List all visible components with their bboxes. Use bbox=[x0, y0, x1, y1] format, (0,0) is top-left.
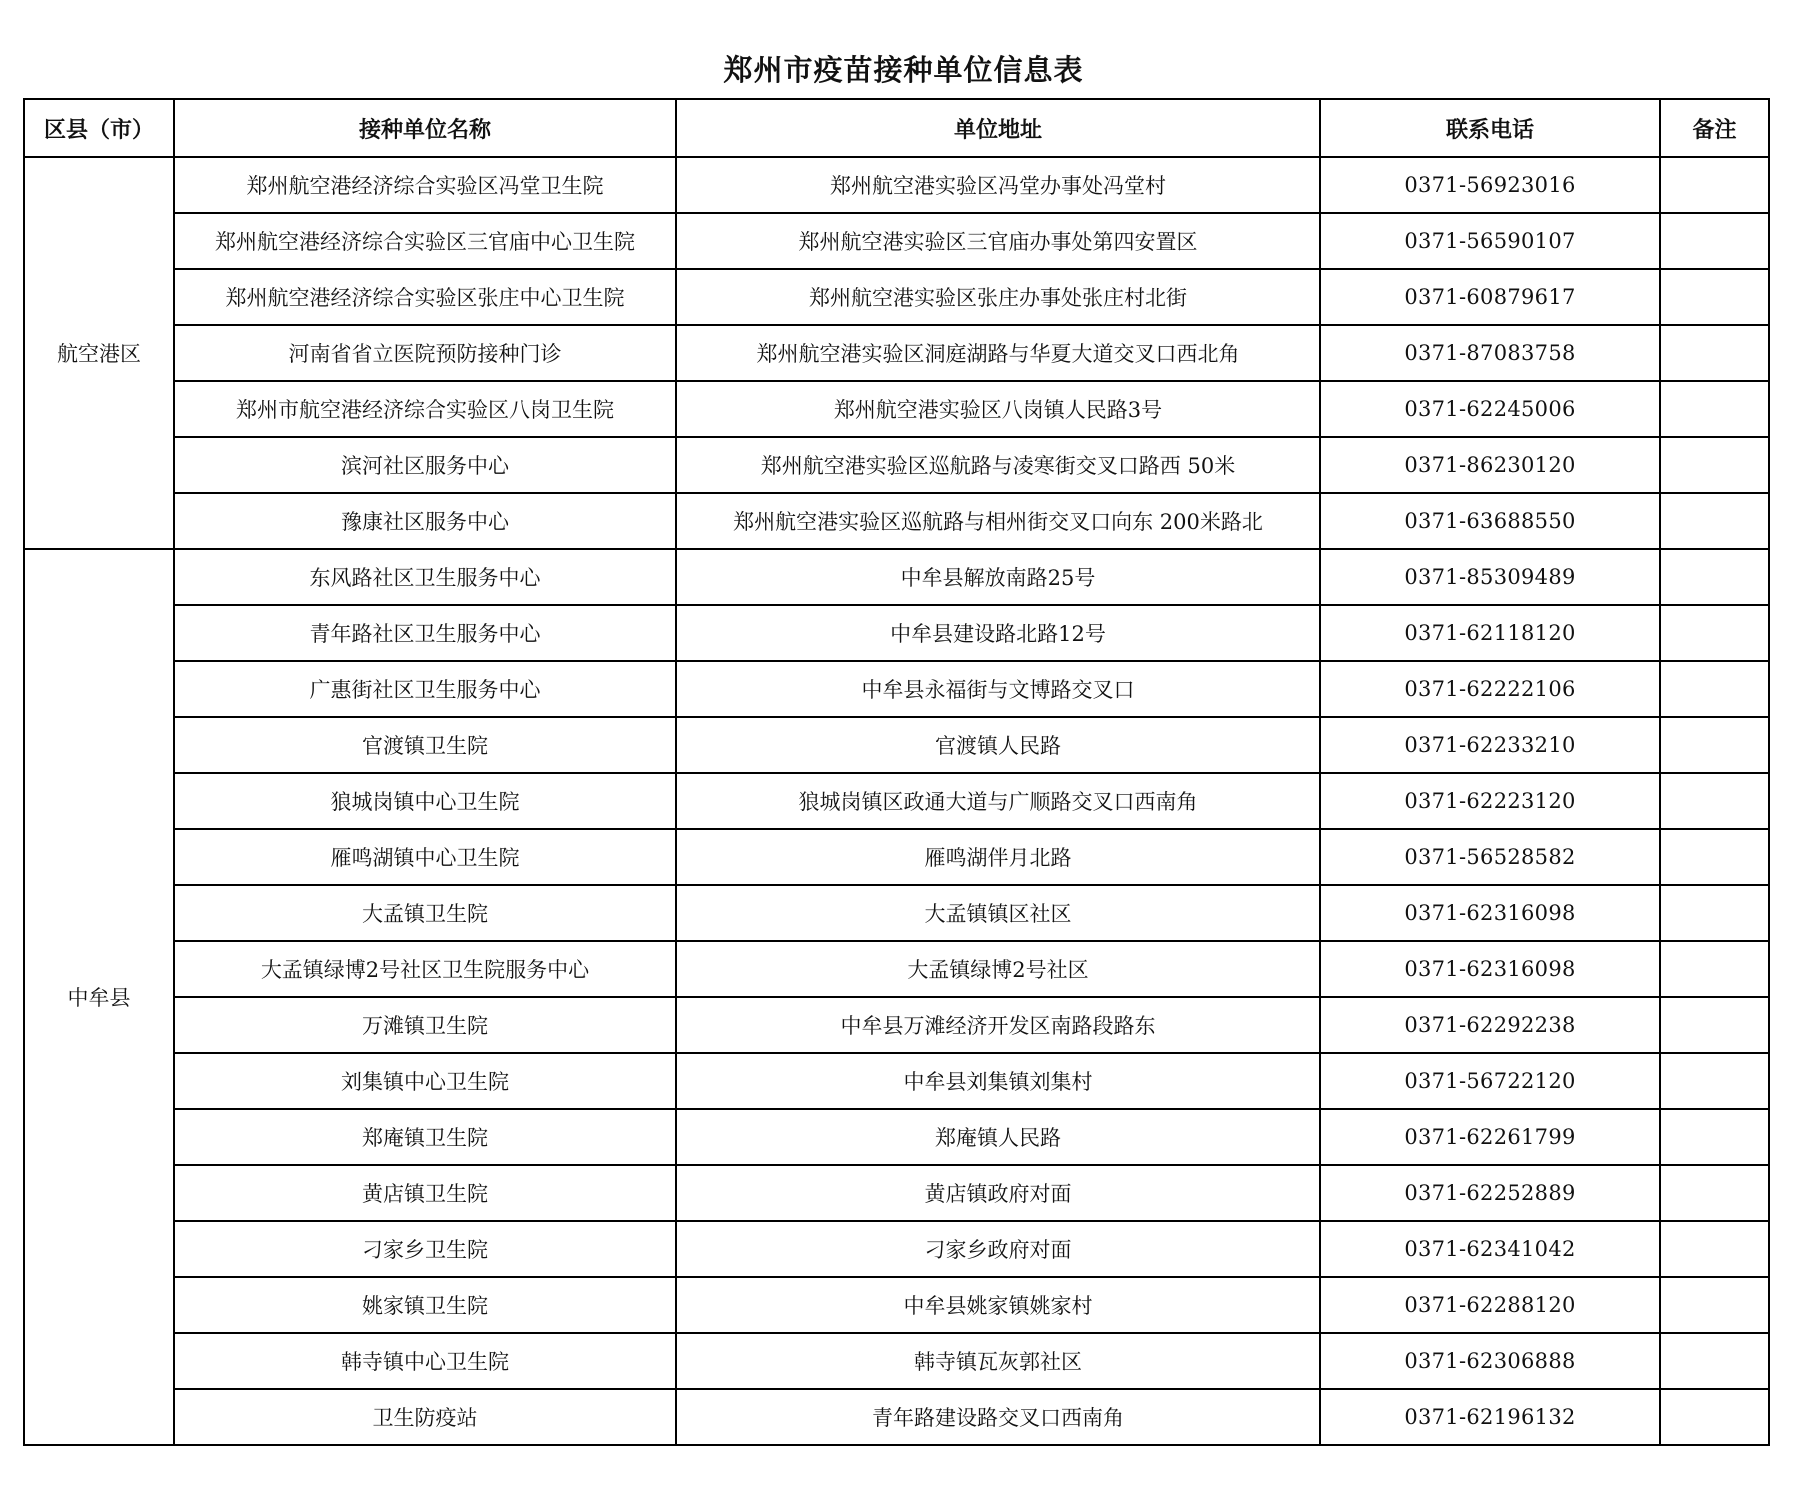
unit-name-cell: 豫康社区服务中心 bbox=[174, 493, 676, 549]
remarks-cell bbox=[1660, 885, 1769, 941]
unit-name-cell: 韩寺镇中心卫生院 bbox=[174, 1333, 676, 1389]
table-row: 姚家镇卫生院中牟县姚家镇姚家村0371-62288120 bbox=[24, 1277, 1769, 1333]
unit-name-cell: 雁鸣湖镇中心卫生院 bbox=[174, 829, 676, 885]
table-row: 郑庵镇卫生院郑庵镇人民路0371-62261799 bbox=[24, 1109, 1769, 1165]
unit-name-cell: 东风路社区卫生服务中心 bbox=[174, 549, 676, 605]
unit-name-cell: 青年路社区卫生服务中心 bbox=[174, 605, 676, 661]
phone-cell: 0371-87083758 bbox=[1320, 325, 1660, 381]
phone-cell: 0371-85309489 bbox=[1320, 549, 1660, 605]
unit-name-cell: 刘集镇中心卫生院 bbox=[174, 1053, 676, 1109]
address-cell: 郑州航空港实验区八岗镇人民路3号 bbox=[676, 381, 1320, 437]
address-cell: 狼城岗镇区政通大道与广顺路交叉口西南角 bbox=[676, 773, 1320, 829]
remarks-cell bbox=[1660, 605, 1769, 661]
remarks-cell bbox=[1660, 1389, 1769, 1445]
table-row: 狼城岗镇中心卫生院狼城岗镇区政通大道与广顺路交叉口西南角0371-6222312… bbox=[24, 773, 1769, 829]
table-row: 官渡镇卫生院官渡镇人民路0371-62233210 bbox=[24, 717, 1769, 773]
phone-cell: 0371-56923016 bbox=[1320, 157, 1660, 213]
table-row: 刁家乡卫生院刁家乡政府对面0371-62341042 bbox=[24, 1221, 1769, 1277]
phone-cell: 0371-62223120 bbox=[1320, 773, 1660, 829]
unit-name-cell: 姚家镇卫生院 bbox=[174, 1277, 676, 1333]
table-header-row: 区县（市） 接种单位名称 单位地址 联系电话 备注 bbox=[24, 99, 1769, 157]
header-phone: 联系电话 bbox=[1320, 99, 1660, 157]
unit-name-cell: 大孟镇绿博2号社区卫生院服务中心 bbox=[174, 941, 676, 997]
remarks-cell bbox=[1660, 437, 1769, 493]
unit-name-cell: 郑州市航空港经济综合实验区八岗卫生院 bbox=[174, 381, 676, 437]
table-row: 雁鸣湖镇中心卫生院雁鸣湖伴月北路0371-56528582 bbox=[24, 829, 1769, 885]
header-remarks: 备注 bbox=[1660, 99, 1769, 157]
phone-cell: 0371-62118120 bbox=[1320, 605, 1660, 661]
table-row: 韩寺镇中心卫生院韩寺镇瓦灰郭社区0371-62306888 bbox=[24, 1333, 1769, 1389]
phone-cell: 0371-63688550 bbox=[1320, 493, 1660, 549]
district-cell: 航空港区 bbox=[24, 157, 174, 549]
phone-cell: 0371-62316098 bbox=[1320, 941, 1660, 997]
remarks-cell bbox=[1660, 493, 1769, 549]
address-cell: 黄店镇政府对面 bbox=[676, 1165, 1320, 1221]
table-row: 黄店镇卫生院黄店镇政府对面0371-62252889 bbox=[24, 1165, 1769, 1221]
phone-cell: 0371-62252889 bbox=[1320, 1165, 1660, 1221]
table-row: 滨河社区服务中心郑州航空港实验区巡航路与凌寒街交叉口路西 50米0371-862… bbox=[24, 437, 1769, 493]
address-cell: 官渡镇人民路 bbox=[676, 717, 1320, 773]
remarks-cell bbox=[1660, 213, 1769, 269]
remarks-cell bbox=[1660, 1221, 1769, 1277]
remarks-cell bbox=[1660, 549, 1769, 605]
header-district: 区县（市） bbox=[24, 99, 174, 157]
unit-name-cell: 郑州航空港经济综合实验区冯堂卫生院 bbox=[174, 157, 676, 213]
table-row: 卫生防疫站青年路建设路交叉口西南角0371-62196132 bbox=[24, 1389, 1769, 1445]
remarks-cell bbox=[1660, 157, 1769, 213]
phone-cell: 0371-62196132 bbox=[1320, 1389, 1660, 1445]
address-cell: 雁鸣湖伴月北路 bbox=[676, 829, 1320, 885]
table-row: 大孟镇卫生院大孟镇镇区社区0371-62316098 bbox=[24, 885, 1769, 941]
remarks-cell bbox=[1660, 1053, 1769, 1109]
address-cell: 中牟县解放南路25号 bbox=[676, 549, 1320, 605]
unit-name-cell: 广惠街社区卫生服务中心 bbox=[174, 661, 676, 717]
district-cell: 中牟县 bbox=[24, 549, 174, 1445]
unit-name-cell: 郑州航空港经济综合实验区三官庙中心卫生院 bbox=[174, 213, 676, 269]
address-cell: 中牟县刘集镇刘集村 bbox=[676, 1053, 1320, 1109]
address-cell: 郑庵镇人民路 bbox=[676, 1109, 1320, 1165]
table-row: 刘集镇中心卫生院中牟县刘集镇刘集村0371-56722120 bbox=[24, 1053, 1769, 1109]
table-row: 航空港区郑州航空港经济综合实验区冯堂卫生院郑州航空港实验区冯堂办事处冯堂村037… bbox=[24, 157, 1769, 213]
phone-cell: 0371-86230120 bbox=[1320, 437, 1660, 493]
phone-cell: 0371-62341042 bbox=[1320, 1221, 1660, 1277]
remarks-cell bbox=[1660, 1109, 1769, 1165]
phone-cell: 0371-56528582 bbox=[1320, 829, 1660, 885]
remarks-cell bbox=[1660, 381, 1769, 437]
phone-cell: 0371-60879617 bbox=[1320, 269, 1660, 325]
phone-cell: 0371-62316098 bbox=[1320, 885, 1660, 941]
unit-name-cell: 郑庵镇卫生院 bbox=[174, 1109, 676, 1165]
table-body: 航空港区郑州航空港经济综合实验区冯堂卫生院郑州航空港实验区冯堂办事处冯堂村037… bbox=[24, 157, 1769, 1445]
table-row: 广惠街社区卫生服务中心中牟县永福街与文博路交叉口0371-62222106 bbox=[24, 661, 1769, 717]
address-cell: 中牟县建设路北路12号 bbox=[676, 605, 1320, 661]
page-title: 郑州市疫苗接种单位信息表 bbox=[0, 48, 1807, 89]
remarks-cell bbox=[1660, 325, 1769, 381]
remarks-cell bbox=[1660, 717, 1769, 773]
unit-name-cell: 河南省省立医院预防接种门诊 bbox=[174, 325, 676, 381]
phone-cell: 0371-62245006 bbox=[1320, 381, 1660, 437]
unit-name-cell: 万滩镇卫生院 bbox=[174, 997, 676, 1053]
phone-cell: 0371-56722120 bbox=[1320, 1053, 1660, 1109]
unit-name-cell: 大孟镇卫生院 bbox=[174, 885, 676, 941]
phone-cell: 0371-62306888 bbox=[1320, 1333, 1660, 1389]
phone-cell: 0371-62233210 bbox=[1320, 717, 1660, 773]
table-row: 中牟县东风路社区卫生服务中心中牟县解放南路25号0371-85309489 bbox=[24, 549, 1769, 605]
table-row: 郑州航空港经济综合实验区张庄中心卫生院郑州航空港实验区张庄办事处张庄村北街037… bbox=[24, 269, 1769, 325]
unit-name-cell: 卫生防疫站 bbox=[174, 1389, 676, 1445]
address-cell: 郑州航空港实验区三官庙办事处第四安置区 bbox=[676, 213, 1320, 269]
remarks-cell bbox=[1660, 829, 1769, 885]
vaccination-units-table: 区县（市） 接种单位名称 单位地址 联系电话 备注 航空港区郑州航空港经济综合实… bbox=[23, 98, 1770, 1446]
unit-name-cell: 官渡镇卫生院 bbox=[174, 717, 676, 773]
address-cell: 中牟县姚家镇姚家村 bbox=[676, 1277, 1320, 1333]
address-cell: 中牟县万滩经济开发区南路段路东 bbox=[676, 997, 1320, 1053]
remarks-cell bbox=[1660, 661, 1769, 717]
remarks-cell bbox=[1660, 1277, 1769, 1333]
remarks-cell bbox=[1660, 269, 1769, 325]
address-cell: 郑州航空港实验区巡航路与相州街交叉口向东 200米路北 bbox=[676, 493, 1320, 549]
phone-cell: 0371-62292238 bbox=[1320, 997, 1660, 1053]
phone-cell: 0371-62222106 bbox=[1320, 661, 1660, 717]
unit-name-cell: 滨河社区服务中心 bbox=[174, 437, 676, 493]
address-cell: 郑州航空港实验区巡航路与凌寒街交叉口路西 50米 bbox=[676, 437, 1320, 493]
table-row: 郑州航空港经济综合实验区三官庙中心卫生院郑州航空港实验区三官庙办事处第四安置区0… bbox=[24, 213, 1769, 269]
header-address: 单位地址 bbox=[676, 99, 1320, 157]
address-cell: 中牟县永福街与文博路交叉口 bbox=[676, 661, 1320, 717]
table-row: 青年路社区卫生服务中心中牟县建设路北路12号0371-62118120 bbox=[24, 605, 1769, 661]
unit-name-cell: 黄店镇卫生院 bbox=[174, 1165, 676, 1221]
table-row: 大孟镇绿博2号社区卫生院服务中心大孟镇绿博2号社区0371-62316098 bbox=[24, 941, 1769, 997]
address-cell: 韩寺镇瓦灰郭社区 bbox=[676, 1333, 1320, 1389]
remarks-cell bbox=[1660, 773, 1769, 829]
address-cell: 青年路建设路交叉口西南角 bbox=[676, 1389, 1320, 1445]
table-row: 豫康社区服务中心郑州航空港实验区巡航路与相州街交叉口向东 200米路北0371-… bbox=[24, 493, 1769, 549]
address-cell: 郑州航空港实验区张庄办事处张庄村北街 bbox=[676, 269, 1320, 325]
header-unit-name: 接种单位名称 bbox=[174, 99, 676, 157]
remarks-cell bbox=[1660, 941, 1769, 997]
remarks-cell bbox=[1660, 1333, 1769, 1389]
phone-cell: 0371-56590107 bbox=[1320, 213, 1660, 269]
phone-cell: 0371-62261799 bbox=[1320, 1109, 1660, 1165]
address-cell: 郑州航空港实验区洞庭湖路与华夏大道交叉口西北角 bbox=[676, 325, 1320, 381]
unit-name-cell: 刁家乡卫生院 bbox=[174, 1221, 676, 1277]
address-cell: 大孟镇镇区社区 bbox=[676, 885, 1320, 941]
unit-name-cell: 狼城岗镇中心卫生院 bbox=[174, 773, 676, 829]
address-cell: 大孟镇绿博2号社区 bbox=[676, 941, 1320, 997]
address-cell: 郑州航空港实验区冯堂办事处冯堂村 bbox=[676, 157, 1320, 213]
table-row: 万滩镇卫生院中牟县万滩经济开发区南路段路东0371-62292238 bbox=[24, 997, 1769, 1053]
table-row: 郑州市航空港经济综合实验区八岗卫生院郑州航空港实验区八岗镇人民路3号0371-6… bbox=[24, 381, 1769, 437]
remarks-cell bbox=[1660, 997, 1769, 1053]
address-cell: 刁家乡政府对面 bbox=[676, 1221, 1320, 1277]
table-row: 河南省省立医院预防接种门诊郑州航空港实验区洞庭湖路与华夏大道交叉口西北角0371… bbox=[24, 325, 1769, 381]
phone-cell: 0371-62288120 bbox=[1320, 1277, 1660, 1333]
remarks-cell bbox=[1660, 1165, 1769, 1221]
unit-name-cell: 郑州航空港经济综合实验区张庄中心卫生院 bbox=[174, 269, 676, 325]
